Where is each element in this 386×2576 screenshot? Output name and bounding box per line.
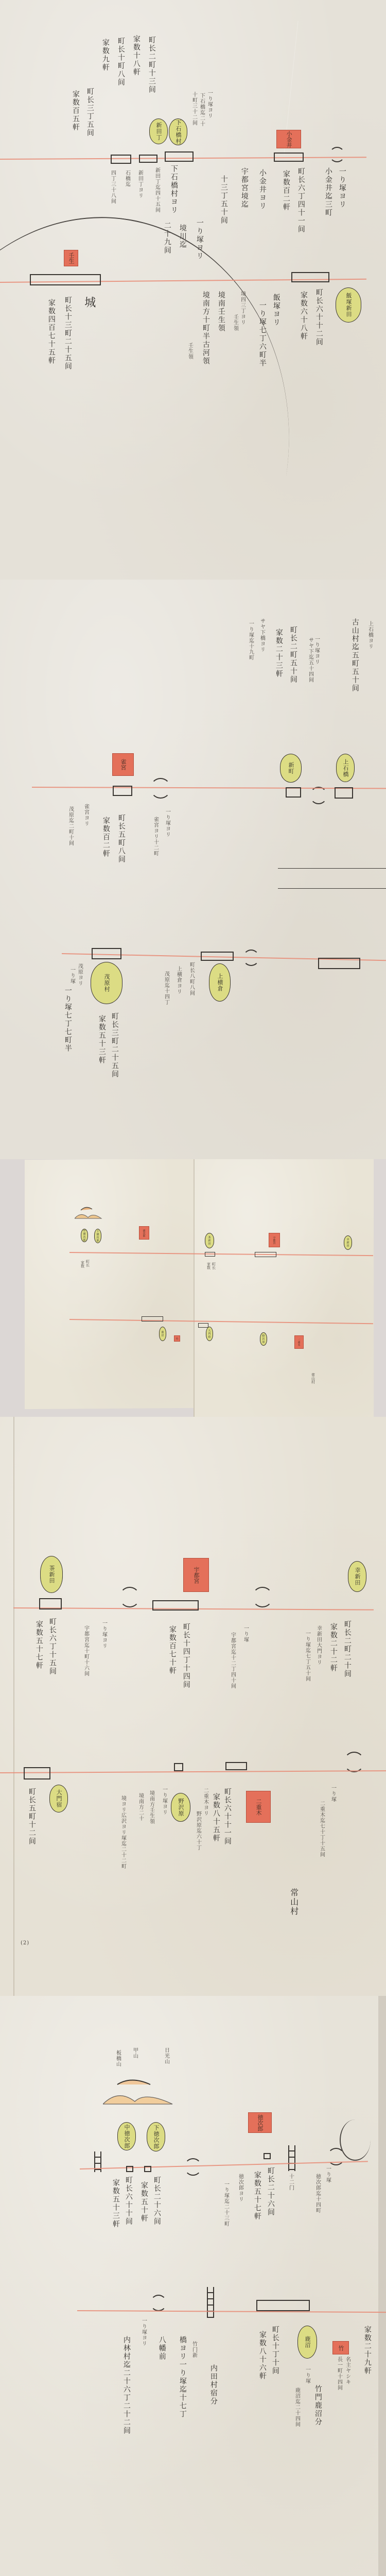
page-seam	[194, 1159, 195, 1417]
note-text: 壬生領	[186, 343, 194, 360]
mountain-label: 甲山	[131, 2047, 138, 2059]
village-oval: 鹿沼	[159, 1327, 166, 1341]
note-text: 一り塚	[242, 1625, 249, 1642]
note-text: 茂原迄十四丁	[163, 971, 170, 1005]
note-text: 境南方十町半古河領	[201, 291, 210, 365]
post-town-stamp: 二重木	[294, 1335, 304, 1349]
station-marker	[113, 786, 132, 796]
note-text: サヤ下橋ヨリ	[258, 618, 266, 652]
bridge-icon	[310, 787, 327, 804]
note-text: 町长十三町二十五间	[63, 296, 73, 370]
note-text: 家数六十八軒	[299, 291, 308, 341]
station-marker	[256, 2300, 310, 2311]
scroll-panel-1: 町长二町十三间 家数十八軒 町长十町八间 家数九軒 町长三丁五间 家数百五軒 一…	[0, 0, 386, 580]
note-text: 家数五十軒	[139, 2181, 149, 2223]
village-oval-nakatokujiro: 中徳次郎	[117, 2122, 136, 2150]
note-text: 一り塚ヨリ	[140, 2318, 147, 2346]
note-text: 町长五町八间	[116, 814, 126, 863]
note-text: 一り塚七丁六町半	[257, 301, 267, 367]
note-text: 一り塚迄十九町	[247, 621, 254, 660]
post-town-stamp-tokujiro: 徳次郎	[248, 2112, 272, 2133]
note-text: 石橋迄	[124, 170, 131, 187]
station-marker	[126, 2166, 133, 2172]
note-text: 宇都宮境迄	[239, 167, 249, 209]
note-text: 家数二十九軒	[362, 2326, 372, 2375]
note-text: 二重木迄七十丁十五间	[318, 1801, 325, 1857]
note-text: 町长二町五十间	[288, 626, 298, 684]
note-text: 徳次郎ヨリ	[237, 2174, 244, 2202]
station-marker	[198, 1323, 208, 1328]
note-text: 家数百二軒	[101, 817, 111, 858]
note-text: 雀宮ヨリ十二町	[152, 817, 159, 856]
note-text: 宇都宮迄十二丁四十间	[229, 1632, 236, 1689]
note-text: 竹門鹿沼分	[313, 2385, 323, 2426]
note-text: 町长六十十二间	[314, 289, 324, 346]
note-text: 家数二十二軒	[328, 1623, 338, 1672]
note-text: 町长三丁五间	[85, 88, 95, 137]
note-text: 幸新田大門ヨリ	[315, 1625, 322, 1665]
note-text: 町长二十六间	[152, 2176, 162, 2226]
note-text: 家数	[80, 1261, 84, 1268]
post-town-stamp-futaeki: 二重木	[246, 1791, 271, 1823]
note-text: 小金井迄三町	[323, 167, 333, 217]
note-text: 一り塚	[329, 1785, 337, 1802]
station-marker	[92, 948, 121, 959]
post-town-stamp-koganei: 小金井	[276, 130, 301, 148]
paper-sheet-left	[25, 1159, 194, 1409]
note-text: 町长	[211, 1262, 216, 1269]
note-text: 家数九軒	[100, 39, 110, 72]
note-text: 内林村迄二十六丁二十二间	[121, 2336, 131, 2435]
page-number: (2)	[21, 1940, 29, 1947]
village-oval-shimotokujiro: 下徳次郎	[147, 2122, 165, 2151]
note-text: 町长六十十一间	[222, 1788, 232, 1845]
station-marker	[255, 1252, 276, 1257]
side-road	[278, 868, 386, 889]
station-marker	[30, 274, 101, 285]
village-oval: 野沢原	[260, 1332, 267, 1346]
note-text: 一り塚迄七丁五十间	[304, 1631, 311, 1682]
station-marker	[152, 1600, 199, 1611]
post-town-stamp-suzumenomiya: 雀宮	[112, 753, 134, 776]
note-text: 古山村迄五町五十间	[350, 618, 360, 692]
bridge-icon	[243, 950, 259, 966]
note-text: 下石橋迄二十	[198, 93, 205, 127]
bridge-icon	[344, 1752, 364, 1772]
note-text: 上石橋ヨリ	[366, 621, 374, 649]
bridge-ladder-icon	[288, 2145, 295, 2171]
note-text: 境ヨリ広沢ヨリ塚迄二十二町	[119, 1795, 127, 1869]
bridge-icon	[150, 2295, 167, 2311]
station-marker	[24, 1767, 50, 1780]
paper-sheet	[0, 1417, 386, 1996]
note-text: 一り塚ヨリ	[313, 636, 320, 665]
note-text: 茂原ヨリ	[76, 963, 83, 986]
note-text: 町长十丁十间	[270, 2326, 280, 2375]
village-oval-iizuka-shinden: 飯塚新田	[336, 287, 361, 323]
note-text: 一り塚ヨリ	[161, 1787, 168, 1815]
village-oval-chashinden: 茶新田	[40, 1556, 63, 1593]
note-text: 十三丁五十间	[219, 175, 229, 225]
note-text: 十二门	[287, 2174, 294, 2191]
bridge-icon	[329, 147, 345, 162]
village-oval: 茶新田	[205, 1233, 214, 1248]
note-text: 一り塚ヨリ	[206, 90, 213, 118]
scroll-panel-3: 中徳次郎 下徳次郎 徳次郎 茶新田 宇都宮 幸新田 町长 家数 町长 家数 鹿沼…	[0, 1159, 386, 1417]
note-text: 八幡前	[157, 2336, 167, 2361]
station-marker	[165, 151, 194, 162]
village-oval-saishinden: 幸新田	[348, 1561, 366, 1592]
village-oval-mobara: 茂原村	[91, 962, 122, 1004]
note-text: 町长十四丁十四间	[181, 1623, 191, 1689]
scroll-panel-5: 板橋山 甲山 日光山 中徳次郎 下徳次郎 徳次郎 町长六十十间 家数五十三軒 町…	[0, 1996, 386, 2576]
note-text: 小金井ヨリ	[257, 169, 267, 210]
note-text: 境四三丁ヨリ	[239, 291, 246, 325]
note-text: 茂原迄二町十间	[67, 806, 74, 846]
note-text: 町长六丁四十一间	[296, 167, 306, 233]
station-marker	[286, 787, 301, 798]
note-text: 四丁三十八间	[109, 170, 116, 204]
station-marker	[318, 958, 360, 969]
bridge-ladder-icon	[207, 2287, 214, 2318]
village-oval: 幸新田	[344, 1235, 352, 1250]
note-text: 町长八町八间	[188, 962, 195, 996]
station-marker	[291, 272, 329, 282]
station-marker	[335, 787, 353, 799]
note-text: 家数百五軒	[71, 90, 80, 131]
note-text: 一り塚ヨリ	[337, 167, 347, 209]
note-text: 境南方壬生領	[148, 1790, 155, 1824]
note-text: 町长六十十间	[124, 2176, 133, 2226]
note-text: 町长三町二十五间	[110, 1012, 119, 1078]
note-text: 家数百七十軒	[167, 1625, 177, 1675]
note-text: 一り塚	[68, 967, 76, 984]
note-text: 家数八十六軒	[257, 2331, 267, 2380]
note-text: 町长二町二十间	[342, 1620, 352, 1678]
note-text: 一り塚七丁七町半	[63, 987, 73, 1053]
note-text: 新田丁迄四十五间	[153, 167, 161, 213]
note-text: 町长	[85, 1260, 90, 1267]
note-text: 一り塚	[324, 2166, 331, 2183]
note-text: 長一町十四间	[336, 2357, 343, 2391]
village-oval-nozawahara: 野沢原	[171, 1793, 190, 1822]
river-curve	[340, 2120, 371, 2161]
post-town-stamp-take: 竹	[332, 2341, 349, 2354]
scroll-panel-4: 茶新田 宇都宮 幸新田 町长六丁十五间 家数五十七軒 一り塚ヨリ 宇都宮迄十町十…	[0, 1417, 386, 1996]
note-text: 家数	[206, 1262, 210, 1269]
station-marker	[39, 1598, 62, 1609]
note-text: 名主ヤシキ	[344, 2357, 351, 2385]
note-text: 町长六丁十五间	[47, 1618, 57, 1675]
station-marker	[264, 2153, 271, 2159]
note-text: 橋ヨリ一り塚迄十七丁	[178, 2336, 187, 2418]
station-marker	[205, 1252, 215, 1257]
village-oval: 下徳次郎	[94, 1229, 101, 1243]
note-text: 一り塚	[304, 2367, 311, 2384]
village-oval-kanuma: 鹿沼	[297, 2326, 317, 2359]
station-marker	[142, 1316, 163, 1321]
note-text: 一り塚ヨリ	[100, 1620, 108, 1649]
station-marker	[201, 952, 234, 961]
scroll-panel-2: 上石橋ヨリ 古山村迄五町五十间 一り塚ヨリ サヤ下迄五十四间 町长二町五十间 家…	[0, 580, 386, 1159]
note-text: 宇都宮迄十町十六间	[82, 1625, 90, 1676]
note-text: 雀宮ヨリ	[82, 804, 90, 826]
note-text: 野沢原迄六十丁	[195, 1811, 202, 1851]
bridge-icon	[150, 778, 171, 799]
note-text: 新田丁ヨリ	[136, 170, 144, 198]
note-text: 鹿沼迄二十四间	[293, 2387, 301, 2427]
note-text: 下石橋村ヨリ	[169, 165, 179, 214]
station-marker	[144, 2166, 151, 2172]
paper-sheet	[0, 1996, 378, 2576]
village-oval-shimoishibashi: 下石橋村	[169, 118, 187, 145]
station-marker	[111, 155, 131, 164]
note-text: 飯塚ヨリ	[271, 294, 281, 327]
village-oval: 大門宿	[206, 1327, 213, 1341]
note-text: 家数五十七軒	[252, 2171, 262, 2221]
note-text: 家数五十七軒	[34, 1620, 44, 1670]
note-text: 上横倉ヨリ	[175, 966, 182, 994]
mountain-label: 板橋山	[114, 2050, 121, 2067]
note-text: 竹门新	[190, 2341, 198, 2358]
station-marker	[225, 1762, 247, 1770]
note-text: 境南壬生領	[216, 291, 226, 332]
village-oval-kamiyokokura: 上横倉	[209, 963, 231, 1002]
paper-sheet-right	[194, 1159, 374, 1417]
note-text: 壬生領	[232, 314, 239, 331]
page-seam	[13, 1417, 14, 1996]
note-text: 町长二町十三间	[147, 36, 156, 94]
note-text: 内田村宿分	[208, 2364, 218, 2405]
note-text: 家数四百七十五軒	[46, 299, 56, 365]
note-text: 境南方二十	[137, 1793, 144, 1821]
bridge-icon	[184, 2158, 202, 2176]
note-text: 家数十八軒	[131, 35, 141, 76]
village-oval-daimonjuku: 大門宿	[49, 1785, 68, 1812]
station-marker	[274, 152, 304, 162]
page-edge	[378, 1996, 386, 2576]
note-text: 常山村	[288, 1888, 300, 1916]
village-oval-shinmachi: 新町	[280, 754, 302, 783]
mountain-icon	[103, 2073, 175, 2107]
note-text: 町长五町十二间	[27, 1788, 37, 1845]
post-town-stamp: 竹	[174, 1335, 180, 1342]
mountain-icon	[75, 1203, 106, 1219]
note-text: 常山村	[310, 1373, 315, 1384]
note-text: 町长十町八间	[116, 37, 126, 87]
note-text: 家数八十五軒	[211, 1793, 221, 1842]
note-text: 一り塚迄二十三町	[222, 2181, 230, 2227]
post-town-stamp: 宇都宮	[269, 1233, 280, 1247]
note-text: 二重木ヨリ	[202, 1788, 209, 1816]
note-text: 家数百二軒	[281, 170, 291, 211]
note-text: 家数五十三軒	[97, 1015, 107, 1064]
note-text: 徳次郎迄十四町	[314, 2174, 321, 2213]
bridge-icon	[119, 1587, 140, 1607]
note-text: サヤ下迄五十四间	[307, 637, 314, 683]
village-oval: 中徳次郎	[81, 1229, 88, 1242]
mountain-label: 日光山	[163, 2047, 170, 2064]
note-text: 十町三十二间	[190, 92, 198, 126]
bridge-icon	[252, 1587, 273, 1607]
station-marker	[139, 155, 157, 163]
note-text: 町长二十六间	[266, 2167, 275, 2216]
castle-label: 城	[81, 296, 97, 309]
post-town-stamp-mibu: 壬生	[64, 250, 78, 266]
note-text: 家数二十三軒	[274, 629, 284, 678]
post-town-stamp-utsunomiya: 宇都宮	[183, 1558, 209, 1592]
note-text: 一り塚ヨリ	[164, 809, 171, 837]
village-oval-kamiishibashi: 上石橋	[336, 754, 355, 782]
post-town-stamp: 徳次郎	[139, 1226, 149, 1240]
station-marker	[174, 1763, 183, 1771]
village-oval-shinden: 新田丁	[149, 118, 168, 144]
note-text: 家数五十三軒	[111, 2179, 120, 2228]
